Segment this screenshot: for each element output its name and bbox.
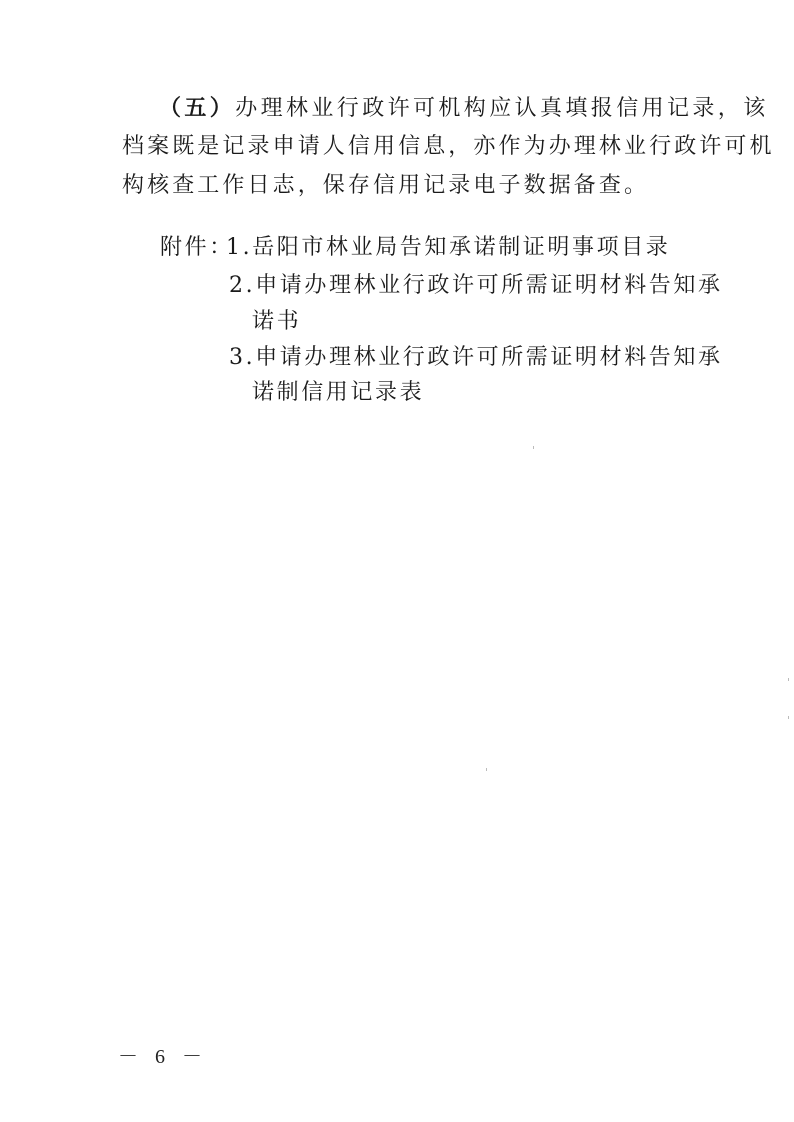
- attachment-item-3-continuation: 诺制信用记录表: [252, 379, 424, 407]
- attachment-title: 申请办理林业行政许可所需证明材料告知承: [255, 345, 722, 370]
- scan-artifact: [788, 678, 789, 681]
- attachment-title: 岳阳市林业局告知承诺制证明事项目录: [252, 235, 670, 260]
- attachment-item-2-continuation: 诺书: [252, 308, 301, 336]
- scan-artifact: [533, 446, 534, 449]
- attachment-number: 1.: [226, 235, 252, 260]
- paragraph-line-3: 构核查工作日志，保存信用记录电子数据备查。: [122, 172, 649, 200]
- scan-artifact: [788, 716, 789, 719]
- attachment-title: 申请办理林业行政许可所需证明材料告知承: [255, 273, 722, 298]
- attachment-item-3: 3.申请办理林业行政许可所需证明材料告知承: [229, 344, 723, 372]
- paragraph-heading: （五）: [159, 95, 235, 121]
- scan-artifact: [486, 768, 487, 771]
- attachments-label: 附件：: [160, 234, 234, 262]
- page-number: － 6 －: [118, 1040, 208, 1069]
- attachment-number: 3.: [229, 345, 255, 370]
- paragraph-line-1: （五）办理林业行政许可机构应认真填报信用记录，该: [159, 94, 769, 123]
- paragraph-text: 办理林业行政许可机构应认真填报信用记录，该: [235, 96, 768, 121]
- paragraph-line-2: 档案既是记录申请人信用信息，亦作为办理林业行政许可机: [122, 133, 775, 161]
- attachment-item-2: 2.申请办理林业行政许可所需证明材料告知承: [229, 272, 723, 300]
- attachment-item-1: 1.岳阳市林业局告知承诺制证明事项目录: [226, 234, 670, 262]
- attachment-number: 2.: [229, 273, 255, 298]
